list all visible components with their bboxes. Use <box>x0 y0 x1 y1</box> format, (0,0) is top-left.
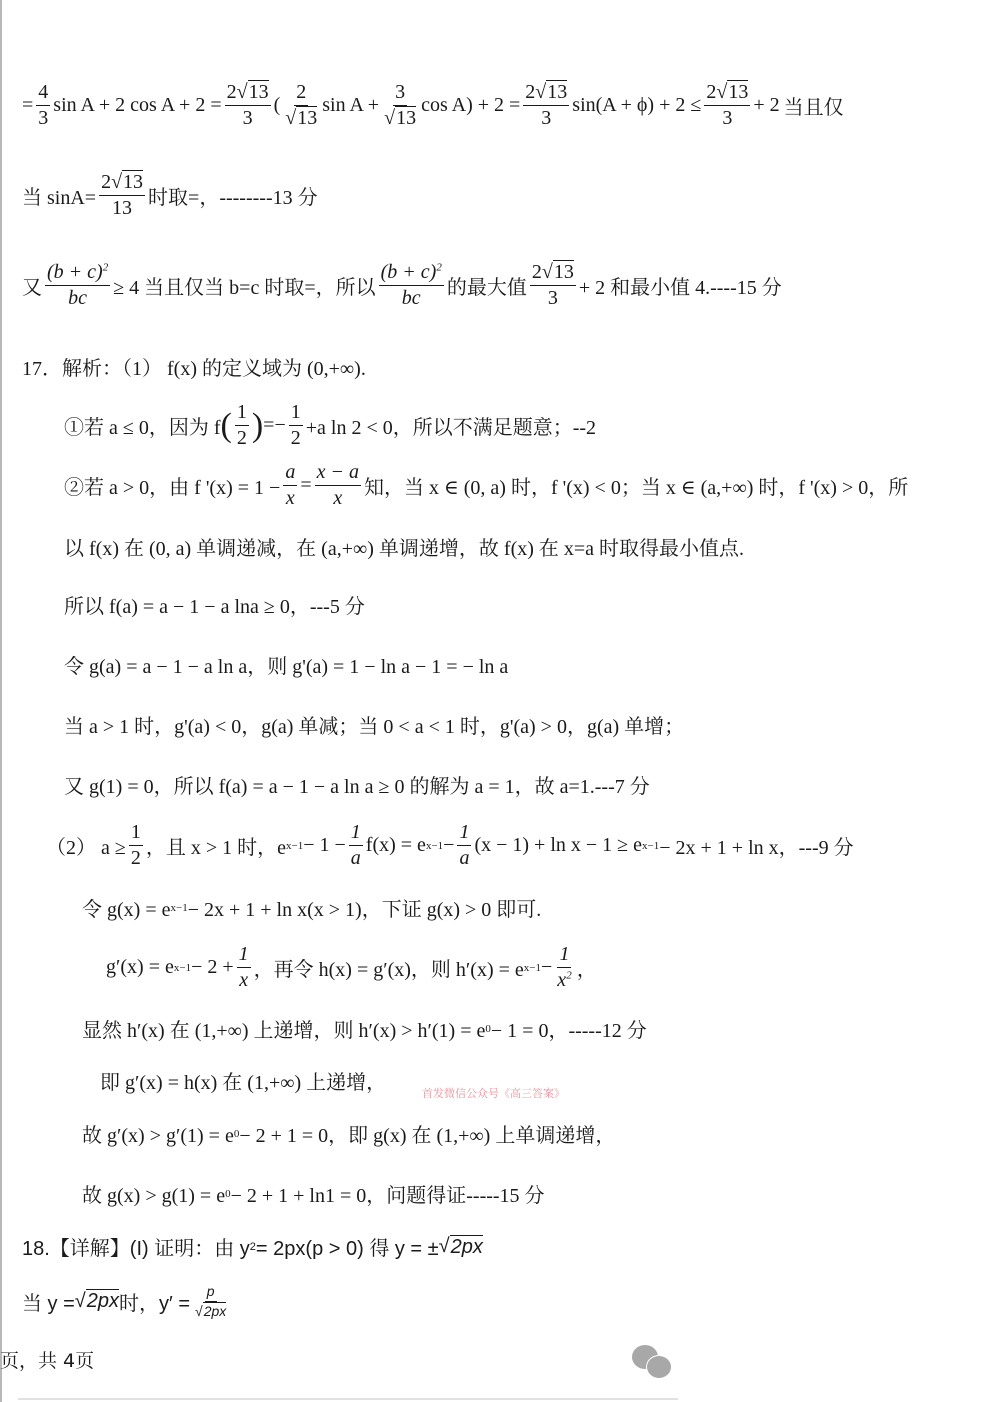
radicand: 2px <box>86 1289 119 1313</box>
fraction: 2133 <box>523 82 569 129</box>
wechat-icon <box>632 1345 674 1379</box>
radical-sign <box>535 81 546 103</box>
q17-case1: ①若 a ≤ 0，因为 f ( 12 ) =− 12 +a ln 2 < 0，所… <box>64 402 596 449</box>
numerator: x − a <box>315 462 361 486</box>
denominator: 2 <box>289 426 303 449</box>
fraction: (b + c)2bc <box>379 262 444 309</box>
numerator: p <box>205 1284 217 1302</box>
q17-heading: 17．解析：（1） f(x) 的定义域为 (0,+∞). <box>22 352 366 381</box>
radical-sign <box>384 107 395 129</box>
text: ≥ 4 当且仅当 b=c 时取=，所以 <box>113 271 375 300</box>
q18-line-2: 当 y = 2px 时，y′ = p2px <box>22 1284 231 1318</box>
text: 18.【详解】(I) 证明：由 y <box>22 1232 250 1261</box>
page-left-border <box>0 0 2 1402</box>
denominator-text: x <box>557 969 566 991</box>
radical-sign <box>285 107 296 129</box>
equation-line-1: = 43 sin A + 2 cos A + 2 = 2133 ( 213 si… <box>22 82 844 129</box>
radical-sign <box>237 81 248 103</box>
q17-line-15: 故 g(x) > g(1) = e0− 2 + 1 + ln1 = 0，问题得证… <box>82 1179 545 1208</box>
watermark-text: 首发微信公众号《高三答案》 <box>422 1085 565 1101</box>
text: ②若 a > 0，由 f '(x) = 1 − <box>64 471 280 500</box>
q17-line-14: 故 g′(x) > g′(1) = e0− 2 + 1 = 0，即 g(x) 在… <box>82 1119 615 1148</box>
q17-line-5: 所以 f(a) = a − 1 − a lna ≥ 0，---5 分 <box>64 590 365 619</box>
radicand: 13 <box>395 106 416 129</box>
fraction: 313 <box>382 82 418 129</box>
exponent: 2 <box>103 261 109 273</box>
text: 令 g(x) = e <box>82 893 170 922</box>
denominator: 2px <box>193 1302 228 1319</box>
paren: ) <box>252 407 263 445</box>
numerator-text: (b + c) <box>381 261 437 283</box>
numerator: 213 <box>99 172 145 196</box>
text: 故 g(x) > g(1) = e <box>82 1179 225 1208</box>
q17-line-8: 又 g(1) = 0，所以 f(a) = a − 1 − a ln a ≥ 0 … <box>64 770 650 799</box>
denominator: 2 <box>129 846 143 869</box>
numerator: 3 <box>393 82 407 106</box>
fraction: 12 <box>129 822 143 869</box>
denominator: x <box>237 968 250 991</box>
q17-part2: （2） a ≥ 12 ，且 x > 1 时，ex−1 − 1 − 1a f(x)… <box>46 822 854 869</box>
text: − 1 − <box>303 834 346 857</box>
exponent: 2 <box>566 969 572 981</box>
numerator: 4 <box>36 82 50 106</box>
numerator: 213 <box>704 82 750 106</box>
text: − 2 + 1 = 0，即 g(x) 在 (1,+∞) 上单调递增， <box>239 1119 615 1148</box>
coef: 2 <box>101 171 111 193</box>
radicand: 2px <box>450 1235 483 1259</box>
text: 故 g′(x) > g′(1) = e <box>82 1119 234 1148</box>
coef: 2 <box>532 261 542 283</box>
exponent: x−1 <box>426 840 443 852</box>
coef: 2 <box>525 81 535 103</box>
numerator: 213 <box>225 82 271 106</box>
denominator: x2 <box>555 968 573 991</box>
denominator: 13 <box>382 106 418 129</box>
fraction: 43 <box>36 82 50 129</box>
text: cos A) + 2 = <box>421 94 520 117</box>
q17-line-13: 即 g′(x) = h(x) 在 (1,+∞) 上递增， <box>100 1066 386 1095</box>
q17-line-10: 令 g(x) = ex−1− 2x + 1 + ln x(x > 1)，下证 g… <box>82 893 541 922</box>
text: sin A + 2 cos A + 2 = <box>53 94 221 117</box>
q18-line-1: 18.【详解】(I) 证明：由 y2 = 2px(p > 0) 得 y = ± … <box>22 1232 483 1261</box>
text: − 2 + <box>191 956 234 979</box>
text: 的最大值 <box>447 271 527 300</box>
radical-sign <box>716 81 727 103</box>
denominator: bc <box>66 286 89 309</box>
page-bottom-divider <box>18 1398 678 1400</box>
fraction: 1a <box>457 822 471 869</box>
denominator: a <box>457 846 471 869</box>
radicand: 13 <box>727 80 748 103</box>
text: − 2x + 1 + ln x，---9 分 <box>659 831 853 860</box>
paren: ( <box>221 407 232 445</box>
radical-sign <box>195 1303 203 1319</box>
numerator: a <box>283 462 297 486</box>
equation-line-2: 当 sinA= 21313 时取=，--------13 分 <box>22 172 318 219</box>
coef: 2 <box>706 81 716 103</box>
q17-line-11: g′(x) = ex−1 − 2 + 1x ，再令 h(x) = g′(x)，则… <box>106 944 597 991</box>
text: 显然 h′(x) 在 (1,+∞) 上递增，则 h′(x) > h′(1) = … <box>82 1014 485 1043</box>
denominator: 3 <box>539 106 553 129</box>
numerator: 213 <box>530 262 576 286</box>
denominator: x <box>284 486 297 509</box>
text: (x − 1) + ln x − 1 ≥ e <box>474 834 642 857</box>
text: − 1 = 0，-----12 分 <box>491 1014 647 1043</box>
text: =− <box>263 414 286 437</box>
radicand: 2px <box>203 1302 227 1319</box>
denominator: 13 <box>110 196 134 219</box>
text: ( <box>274 94 281 117</box>
denominator: 3 <box>546 286 560 309</box>
radicand: 13 <box>296 106 317 129</box>
numerator: 1 <box>557 944 571 968</box>
numerator: (b + c)2 <box>379 262 444 286</box>
text: 当且仅 <box>784 91 844 120</box>
q17-case2: ②若 a > 0，由 f '(x) = 1 − ax = x − ax 知，当 … <box>64 462 908 509</box>
fraction: 213 <box>283 82 319 129</box>
radicand: 13 <box>546 80 567 103</box>
text: 知，当 x ∈ (0, a) 时，f '(x) < 0；当 x ∈ (a,+∞)… <box>364 471 908 500</box>
text: − 2 + 1 + ln1 = 0，问题得证-----15 分 <box>231 1179 545 1208</box>
exponent: x−1 <box>170 902 187 914</box>
text: 时取=，--------13 分 <box>148 181 318 210</box>
text: ，且 x > 1 时，e <box>146 831 286 860</box>
fraction: 12 <box>289 402 303 449</box>
text: f(x) = e <box>366 834 426 857</box>
exponent: x−1 <box>642 840 659 852</box>
fraction: 12 <box>235 402 249 449</box>
page-footer: 页，共 4页 <box>0 1346 94 1373</box>
fraction: 2133 <box>225 82 271 129</box>
text: = <box>22 94 33 117</box>
text: 当 sinA= <box>22 181 96 210</box>
text: sin A + <box>322 94 379 117</box>
denominator: x <box>331 486 344 509</box>
fraction: 1a <box>349 822 363 869</box>
fraction: 2133 <box>704 82 750 129</box>
fraction: (b + c)2bc <box>45 262 110 309</box>
text: ，再令 h(x) = g′(x)，则 h′(x) = e <box>254 953 524 982</box>
exponent: x−1 <box>286 840 303 852</box>
fraction: 2133 <box>530 262 576 309</box>
q17-case2-cont: 以 f(x) 在 (0, a) 单调递减，在 (a,+∞) 单调递增，故 f(x… <box>64 532 744 561</box>
fraction: 1x <box>237 944 251 991</box>
fraction: 1x2 <box>555 944 573 991</box>
fraction: ax <box>283 462 297 509</box>
q17-line-12: 显然 h′(x) 在 (1,+∞) 上递增，则 h′(x) > h′(1) = … <box>82 1014 647 1043</box>
numerator: 1 <box>235 402 249 426</box>
exponent: x−1 <box>524 962 541 974</box>
text: sin(A + ϕ) + 2 ≤ <box>572 94 701 117</box>
text: （2） a ≥ <box>46 831 126 860</box>
radical-sign <box>75 1290 86 1313</box>
text: + 2 和最小值 4.----15 分 <box>579 271 782 300</box>
text: g′(x) = e <box>106 956 174 979</box>
numerator: 1 <box>457 822 471 846</box>
text: = 2px(p > 0) 得 y = ± <box>256 1232 439 1261</box>
numerator: (b + c)2 <box>45 262 110 286</box>
text: 又 <box>22 271 42 300</box>
numerator: 213 <box>523 82 569 106</box>
equation-line-3: 又 (b + c)2bc ≥ 4 当且仅当 b=c 时取=，所以 (b + c)… <box>22 262 782 309</box>
text: + 2 <box>753 94 779 117</box>
text: = <box>300 474 311 497</box>
text: ， <box>577 953 597 982</box>
coef: 2 <box>227 81 237 103</box>
denominator: 13 <box>283 106 319 129</box>
numerator: 2 <box>294 82 308 106</box>
fraction: x − ax <box>315 462 361 509</box>
fraction: 21313 <box>99 172 145 219</box>
fraction: p2px <box>193 1284 228 1318</box>
numerator: 1 <box>349 822 363 846</box>
denominator: bc <box>400 286 423 309</box>
radicand: 13 <box>122 170 143 193</box>
denominator: 3 <box>36 106 50 129</box>
radicand: 13 <box>248 80 269 103</box>
numerator: 1 <box>289 402 303 426</box>
q17-line-7: 当 a > 1 时，g'(a) < 0，g(a) 单减；当 0 < a < 1 … <box>64 710 684 739</box>
radical-sign <box>111 171 122 193</box>
numerator: 1 <box>129 822 143 846</box>
radical-sign <box>542 261 553 283</box>
denominator: a <box>349 846 363 869</box>
text: +a ln 2 < 0，所以不满足题意；--2 <box>306 411 596 440</box>
text: 时，y′ = <box>119 1287 190 1316</box>
numerator-text: (b + c) <box>47 261 103 283</box>
radicand: 13 <box>553 260 574 283</box>
denominator: 2 <box>235 426 249 449</box>
text: − <box>443 834 454 857</box>
denominator: 3 <box>720 106 734 129</box>
denominator: 3 <box>241 106 255 129</box>
numerator: 1 <box>237 944 251 968</box>
text: 当 y = <box>22 1287 75 1316</box>
exponent: 2 <box>436 261 442 273</box>
exponent: x−1 <box>174 962 191 974</box>
radical-sign <box>439 1235 450 1258</box>
text: − 2x + 1 + ln x(x > 1)，下证 g(x) > 0 即可. <box>188 893 542 922</box>
text: ①若 a ≤ 0，因为 f <box>64 411 221 440</box>
text: − <box>541 956 552 979</box>
q17-line-6: 令 g(a) = a − 1 − a ln a，则 g'(a) = 1 − ln… <box>64 650 508 679</box>
